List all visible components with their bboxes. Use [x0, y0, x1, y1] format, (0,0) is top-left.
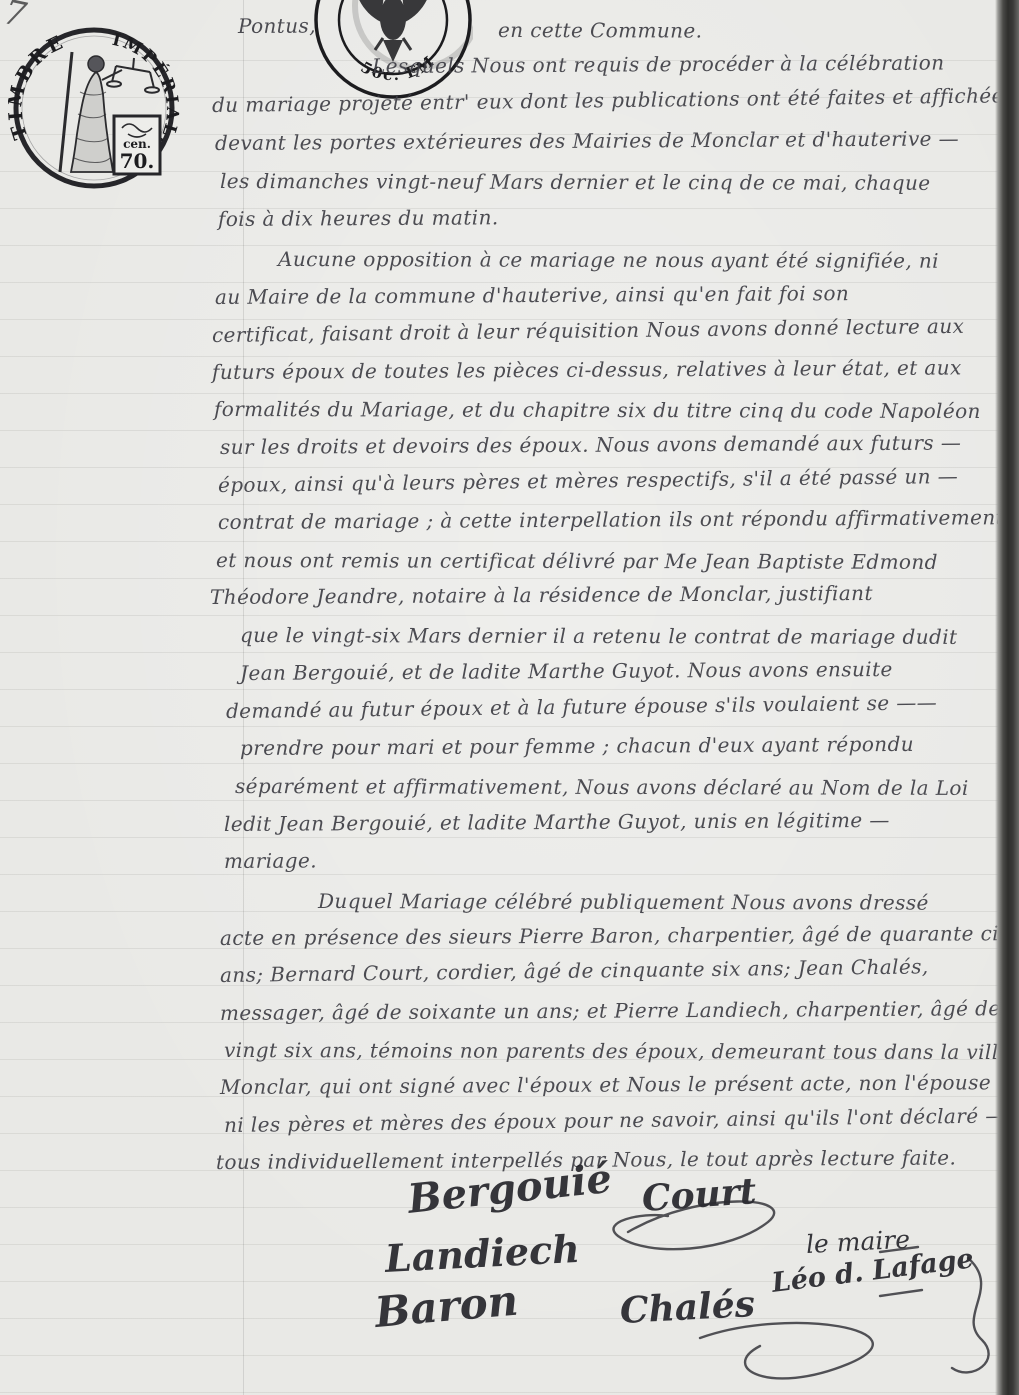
timbre-left-arc-text: TIMBRE [8, 30, 69, 142]
denomination-large-text: 70. [120, 149, 155, 173]
manuscript-line: fois à dix heures du matin. [218, 205, 499, 231]
eagle-postmark-stamp: 50c. EM [313, 0, 473, 100]
manuscript-line: contrat de mariage ; à cette interpellat… [218, 505, 1004, 534]
manuscript-line: Jean Bergouié, et de ladite Marthe Guyot… [240, 657, 893, 685]
manuscript-line: en cette Commune. [498, 18, 702, 43]
manuscript-line: certificat, faisant droit à leur réquisi… [212, 314, 964, 347]
marriage-record-page: 7 TIMBRE IMPÉRIAL. [0, 0, 1019, 1395]
manuscript-line: et nous ont remis un certificat délivré … [216, 548, 938, 574]
signature-landiech: Landiech [384, 1226, 581, 1281]
manuscript-line: prendre pour mari et pour femme ; chacun… [240, 732, 914, 760]
manuscript-line: Aucune opposition à ce mariage ne nous a… [278, 247, 939, 273]
manuscript-line: messager, âgé de soixante un ans; et Pie… [220, 996, 1019, 1025]
manuscript-line: séparément et affirmativement, Nous avon… [235, 774, 969, 800]
manuscript-line: ledit Jean Bergouié, et ladite Marthe Gu… [224, 808, 890, 836]
manuscript-line: sur les droits et devoirs des époux. Nou… [220, 430, 961, 459]
manuscript-line: futurs époux de toutes les pièces ci-des… [212, 355, 962, 384]
signature-baron: Baron [373, 1276, 520, 1337]
manuscript-line: époux, ainsi qu'à leurs pères et mères r… [218, 464, 958, 497]
book-gutter-edge [995, 0, 1019, 1395]
manuscript-line: mariage. [224, 848, 317, 873]
timbre-imperial-stamp: TIMBRE IMPÉRIAL. cen. 70. [8, 22, 180, 194]
manuscript-line: au Maire de la commune d'hauterive, ains… [215, 281, 849, 309]
manuscript-line: Duquel Mariage célébré publiquement Nous… [318, 889, 929, 915]
manuscript-line: les dimanches vingt-neuf Mars dernier et… [220, 169, 931, 195]
signature-court: Court [641, 1170, 758, 1220]
manuscript-line: ans; Bernard Court, cordier, âgé de cinq… [220, 954, 929, 987]
manuscript-line: devant les portes extérieures des Mairie… [215, 126, 959, 155]
manuscript-line: demandé au futur époux et à la future ép… [226, 690, 937, 723]
denomination-shield: cen. 70. [114, 116, 160, 174]
imperial-eagle-icon [353, 0, 433, 62]
signature-chales: Chalés [619, 1283, 756, 1332]
svg-text:TIMBRE: TIMBRE [8, 30, 69, 142]
manuscript-line: vingt six ans, témoins non parents des é… [224, 1038, 1019, 1064]
manuscript-line: Lesquels Nous ont requis de procéder à l… [372, 51, 945, 78]
manuscript-line: Pontus, [238, 14, 316, 38]
manuscript-line: Monclar, qui ont signé avec l'époux et N… [220, 1070, 1018, 1099]
manuscript-line: Théodore Jeandre, notaire à la résidence… [210, 581, 873, 609]
manuscript-line: ni les pères et mères des époux pour ne … [224, 1103, 1006, 1137]
manuscript-line: acte en présence des sieurs Pierre Baron… [220, 921, 1019, 950]
manuscript-line: que le vingt-six Mars dernier il a reten… [240, 623, 958, 649]
manuscript-line: formalités du Mariage, et du chapitre si… [214, 397, 981, 423]
